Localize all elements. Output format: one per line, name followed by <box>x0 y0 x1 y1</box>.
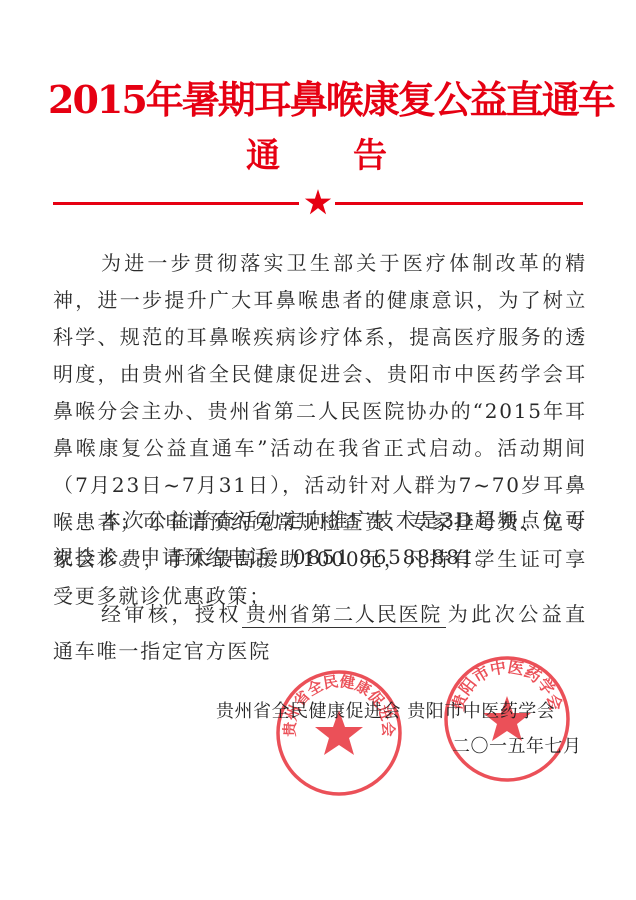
signature-date: 二〇一五年七月 <box>452 735 582 759</box>
document-title: 2015年暑期耳鼻喉康复公益直通车 <box>48 78 588 122</box>
subtitle-char-1: 通 <box>246 134 280 178</box>
separator-line-left <box>53 202 299 205</box>
paragraph-2: 本次公益普查活动定向推广技术是3D超频点位可视技术。申请预约电话：0851 86… <box>53 502 587 576</box>
authorized-hospital-field: 贵州省第二人民医院 <box>242 601 446 628</box>
separator-line-right <box>335 202 583 205</box>
star-icon <box>304 188 332 216</box>
signature-organizations: 贵州省全民健康促进会 贵阳市中医药学会 <box>216 700 555 724</box>
subtitle-char-2: 告 <box>353 134 387 178</box>
seal-health-promotion-association: 贵州省全民健康促进会 <box>274 668 404 798</box>
notice-document: 2015年暑期耳鼻喉康复公益直通车 通 告 为进一步贯彻落实卫生部关于医疗体制改… <box>0 0 636 900</box>
paragraph-2-text: 本次公益普查活动定向推广技术是3D超频点位可视技术。申请预约电话：0851 86… <box>53 502 587 576</box>
authorization-prefix: 经审核，授权 <box>101 602 242 626</box>
